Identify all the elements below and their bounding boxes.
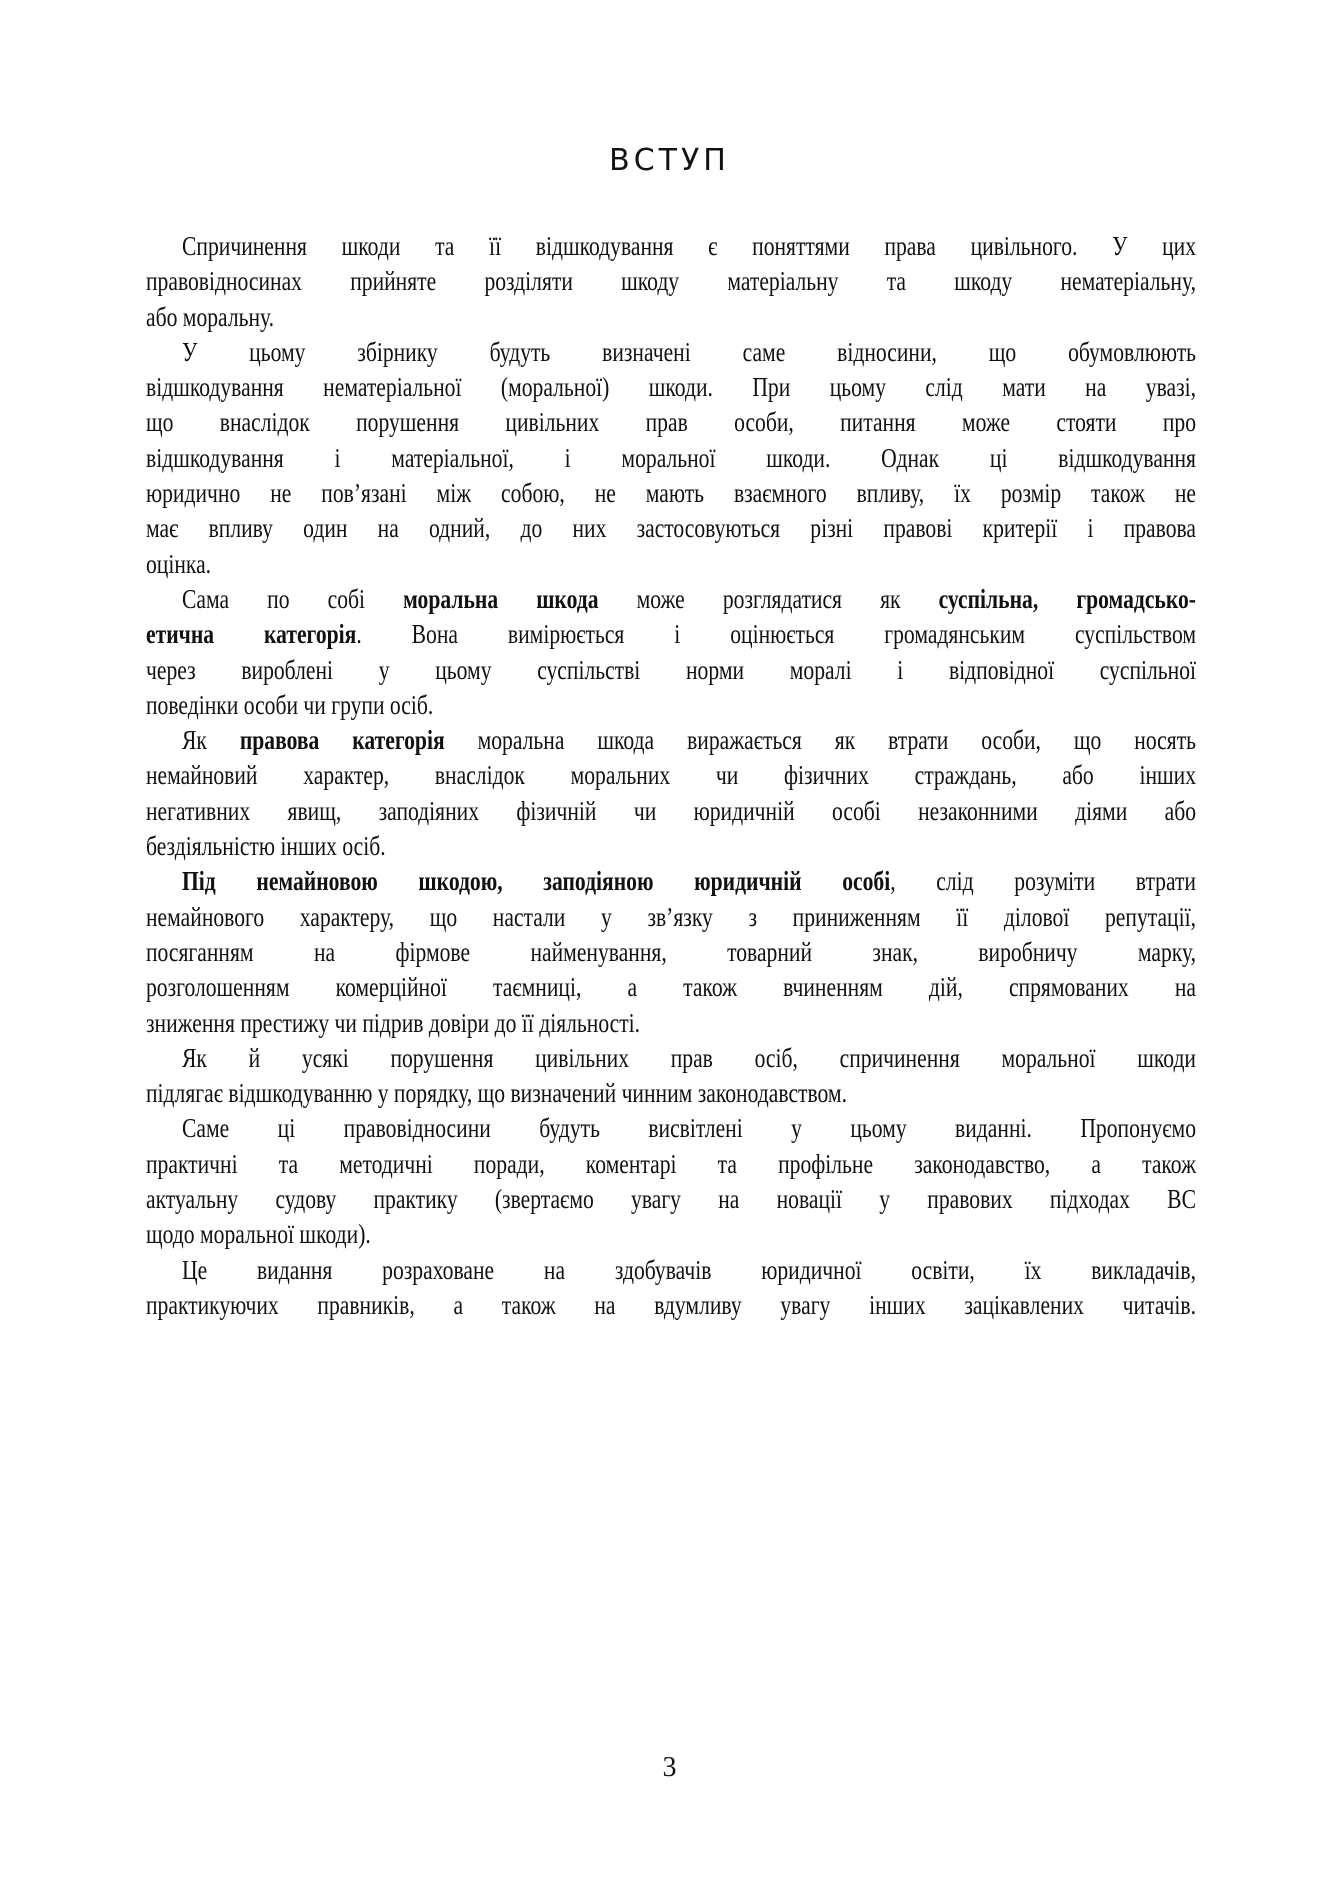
text-segment: може розглядатися як — [599, 584, 939, 614]
bold-term: етична категорія — [146, 619, 356, 649]
line-text: юридично не пов’язані між собою, не мают… — [146, 476, 1196, 511]
line-text: через вироблені у цьому суспільстві норм… — [146, 653, 1196, 688]
line-text: Це видання розраховане на здобувачів юри… — [182, 1253, 1196, 1288]
text-line: зниження престижу чи підрив довіри до її… — [146, 1006, 1196, 1041]
page-title: ВСТУП — [0, 143, 1339, 178]
line-text: Як правова категорія моральна шкода вира… — [182, 723, 1196, 758]
text-segment: . Вона вимірюється і оцінюється громадян… — [356, 619, 1196, 649]
text-line: що внаслідок порушення цивільних прав ос… — [146, 405, 1196, 440]
line-text: розголошенням комерційної таємниці, а та… — [146, 970, 1196, 1005]
text-line: немайновий характер, внаслідок моральних… — [146, 758, 1196, 793]
text-line: або моральну. — [146, 300, 1196, 335]
text-line: бездіяльністю інших осіб. — [146, 829, 1196, 864]
line-text: відшкодування нематеріальної (моральної)… — [146, 370, 1196, 405]
bold-term: Під немайновою шкодою, заподіяною юридич… — [182, 866, 890, 896]
bold-term: правова категорія — [240, 725, 445, 755]
line-text: правовідносинах прийняте розділяти шкоду… — [146, 264, 1196, 299]
line-text: що внаслідок порушення цивільних прав ос… — [146, 405, 1196, 440]
text-line: Сама по собі моральна шкода може розгляд… — [146, 582, 1196, 617]
line-text: відшкодування і матеріальної, і морально… — [146, 441, 1196, 476]
text-line: розголошенням комерційної таємниці, а та… — [146, 970, 1196, 1005]
text-line: відшкодування нематеріальної (моральної)… — [146, 370, 1196, 405]
text-line: через вироблені у цьому суспільстві норм… — [146, 653, 1196, 688]
line-text: немайнового характеру, що настали у зв’я… — [146, 900, 1196, 935]
line-text: Спричинення шкоди та її відшкодування є … — [182, 229, 1196, 264]
bold-term: моральна шкода — [403, 584, 598, 614]
text-line: негативних явищ, заподіяних фізичній чи … — [146, 794, 1196, 829]
line-text: підлягає відшкодуванню у порядку, що виз… — [146, 1076, 847, 1111]
text-line: відшкодування і матеріальної, і морально… — [146, 441, 1196, 476]
text-line: Саме ці правовідносини будуть висвітлені… — [146, 1111, 1196, 1146]
paragraph: Як правова категорія моральна шкода вира… — [146, 723, 1196, 864]
line-text: бездіяльністю інших осіб. — [146, 829, 386, 864]
text-line: У цьому збірнику будуть визначені саме в… — [146, 335, 1196, 370]
line-text: У цьому збірнику будуть визначені саме в… — [182, 335, 1196, 370]
line-text: зниження престижу чи підрив довіри до її… — [146, 1006, 640, 1041]
text-line: підлягає відшкодуванню у порядку, що виз… — [146, 1076, 1196, 1111]
text-line: поведінки особи чи групи осіб. — [146, 688, 1196, 723]
text-line: має впливу один на одний, до них застосо… — [146, 511, 1196, 546]
line-text: посяганням на фірмове найменування, това… — [146, 935, 1196, 970]
line-text: або моральну. — [146, 300, 274, 335]
text-line: практикуючих правників, а також на вдумл… — [146, 1288, 1196, 1323]
text-segment: моральна шкода виражається як втрати осо… — [445, 725, 1196, 755]
text-segment: Сама по собі — [182, 584, 403, 614]
line-text: поведінки особи чи групи осіб. — [146, 688, 433, 723]
text-line: щодо моральної шкоди). — [146, 1217, 1196, 1252]
text-line: оцінка. — [146, 547, 1196, 582]
line-text: негативних явищ, заподіяних фізичній чи … — [146, 794, 1196, 829]
line-text: немайновий характер, внаслідок моральних… — [146, 758, 1196, 793]
line-text: практикуючих правників, а також на вдумл… — [146, 1288, 1196, 1323]
text-segment: , слід розуміти втрати — [890, 866, 1196, 896]
text-line: етична категорія. Вона вимірюється і оці… — [146, 617, 1196, 652]
paragraph: Як й усякі порушення цивільних прав осіб… — [146, 1041, 1196, 1112]
paragraph: Сама по собі моральна шкода може розгляд… — [146, 582, 1196, 723]
line-text: практичні та методичні поради, коментарі… — [146, 1147, 1196, 1182]
text-segment: Як — [182, 725, 240, 755]
line-text: Саме ці правовідносини будуть висвітлені… — [182, 1111, 1196, 1146]
line-text: оцінка. — [146, 547, 211, 582]
text-line: актуальну судову практику (звертаємо ува… — [146, 1182, 1196, 1217]
line-text: Як й усякі порушення цивільних прав осіб… — [182, 1041, 1196, 1076]
document-body: Спричинення шкоди та її відшкодування є … — [146, 229, 1196, 1323]
line-text: актуальну судову практику (звертаємо ува… — [146, 1182, 1196, 1217]
text-line: немайнового характеру, що настали у зв’я… — [146, 900, 1196, 935]
bold-term: суспільна, громадсько- — [939, 584, 1196, 614]
text-line: Це видання розраховане на здобувачів юри… — [146, 1253, 1196, 1288]
text-line: правовідносинах прийняте розділяти шкоду… — [146, 264, 1196, 299]
paragraph: У цьому збірнику будуть визначені саме в… — [146, 335, 1196, 582]
paragraph: Під немайновою шкодою, заподіяною юридич… — [146, 864, 1196, 1040]
paragraph: Це видання розраховане на здобувачів юри… — [146, 1253, 1196, 1324]
paragraph: Саме ці правовідносини будуть висвітлені… — [146, 1111, 1196, 1252]
text-line: практичні та методичні поради, коментарі… — [146, 1147, 1196, 1182]
line-text: щодо моральної шкоди). — [146, 1217, 371, 1252]
paragraph: Спричинення шкоди та її відшкодування є … — [146, 229, 1196, 335]
document-page: ВСТУП Спричинення шкоди та її відшкодува… — [0, 0, 1339, 1890]
line-text: Сама по собі моральна шкода може розгляд… — [182, 582, 1196, 617]
text-line: Під немайновою шкодою, заподіяною юридич… — [146, 864, 1196, 899]
text-line: юридично не пов’язані між собою, не мают… — [146, 476, 1196, 511]
page-number: 3 — [0, 1752, 1339, 1784]
text-line: Спричинення шкоди та її відшкодування є … — [146, 229, 1196, 264]
text-line: посяганням на фірмове найменування, това… — [146, 935, 1196, 970]
text-line: Як й усякі порушення цивільних прав осіб… — [146, 1041, 1196, 1076]
text-line: Як правова категорія моральна шкода вира… — [146, 723, 1196, 758]
line-text: Під немайновою шкодою, заподіяною юридич… — [182, 864, 1196, 899]
line-text: етична категорія. Вона вимірюється і оці… — [146, 617, 1196, 652]
line-text: має впливу один на одний, до них застосо… — [146, 511, 1196, 546]
